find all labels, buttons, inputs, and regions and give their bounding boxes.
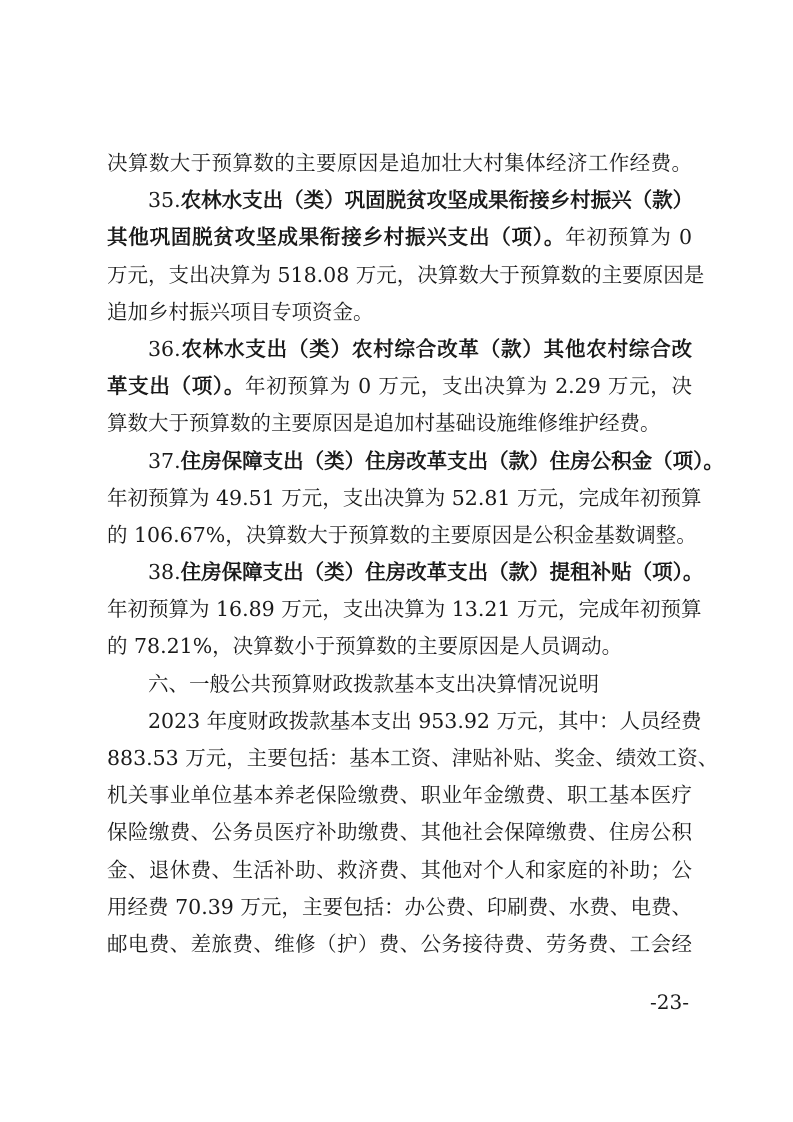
text-line: 38.住房保障支出（类）住房改革支出（款）提租补贴（项）。 [107, 554, 692, 591]
text-line: 邮电费、差旅费、维修（护）费、公务接待费、劳务费、工会经 [107, 926, 692, 963]
bold-text: 革支出（项）。 [107, 374, 245, 398]
text-line: 883.53 万元，主要包括：基本工资、津贴补贴、奖金、绩效工资、 [107, 740, 692, 777]
body-text: 年初预算为 16.89 万元，支出决算为 13.21 万元，完成年初预算 [107, 597, 701, 621]
text-line: 保险缴费、公务员医疗补助缴费、其他社会保障缴费、住房公积 [107, 814, 692, 851]
body-text: 机关事业单位基本养老保险缴费、职业年金缴费、职工基本医疗 [107, 783, 692, 807]
text-line: 的 106.67%，决算数大于预算数的主要原因是公积金基数调整。 [107, 517, 692, 554]
body-text: 算数大于预算数的主要原因是追加村基础设施维修维护经费。 [107, 411, 661, 435]
bold-text: 农林水支出（类）农村综合改革（款）其他农村综合改 [181, 337, 692, 361]
body-text: 用经费 70.39 万元，主要包括：办公费、印刷费、水费、电费、 [107, 895, 692, 919]
text-line: 2023 年度财政拨款基本支出 953.92 万元，其中：人员经费 [107, 703, 692, 740]
body-text: 37. [148, 449, 181, 473]
text-line: 37.住房保障支出（类）住房改革支出（款）住房公积金（项）。 [107, 443, 692, 480]
body-text: 追加乡村振兴项目专项资金。 [107, 300, 374, 324]
page-number: -23- [650, 990, 689, 1014]
body-text: 保险缴费、公务员医疗补助缴费、其他社会保障缴费、住房公积 [107, 820, 692, 844]
text-line: 年初预算为 16.89 万元，支出决算为 13.21 万元，完成年初预算 [107, 591, 692, 628]
text-line: 35.农林水支出（类）巩固脱贫攻坚成果衔接乡村振兴（款） [107, 182, 692, 219]
body-text: 36. [148, 337, 181, 361]
body-text: 六、一般公共预算财政拨款基本支出决算情况说明 [148, 672, 599, 696]
text-line: 36.农林水支出（类）农村综合改革（款）其他农村综合改 [107, 331, 692, 368]
body-text: 金、退休费、生活补助、救济费、其他对个人和家庭的补助；公 [107, 858, 692, 882]
bold-text: 住房保障支出（类）住房改革支出（款）提租补贴（项）。 [181, 560, 704, 584]
text-line: 算数大于预算数的主要原因是追加村基础设施维修维护经费。 [107, 405, 692, 442]
body-text: 35. [148, 188, 181, 212]
text-line: 用经费 70.39 万元，主要包括：办公费、印刷费、水费、电费、 [107, 889, 692, 926]
body-text: 的 78.21%，决算数小于预算数的主要原因是人员调动。 [107, 634, 622, 658]
document-page: 决算数大于预算数的主要原因是追加壮大村集体经济工作经费。35.农林水支出（类）巩… [107, 145, 692, 963]
body-text: 2023 年度财政拨款基本支出 953.92 万元，其中：人员经费 [148, 709, 701, 733]
text-line: 决算数大于预算数的主要原因是追加壮大村集体经济工作经费。 [107, 145, 692, 182]
body-text: 883.53 万元，主要包括：基本工资、津贴补贴、奖金、绩效工资、 [107, 746, 718, 770]
text-line: 的 78.21%，决算数小于预算数的主要原因是人员调动。 [107, 628, 692, 665]
body-text: 邮电费、差旅费、维修（护）费、公务接待费、劳务费、工会经 [107, 932, 692, 956]
body-text: 决算数大于预算数的主要原因是追加壮大村集体经济工作经费。 [107, 151, 692, 175]
text-line: 其他巩固脱贫攻坚成果衔接乡村振兴支出（项）。年初预算为 0 [107, 219, 692, 256]
text-line: 金、退休费、生活补助、救济费、其他对个人和家庭的补助；公 [107, 852, 692, 889]
bold-text: 住房保障支出（类）住房改革支出（款）住房公积金（项）。 [181, 449, 724, 473]
text-line: 年初预算为 49.51 万元，支出决算为 52.81 万元，完成年初预算 [107, 480, 692, 517]
body-text: 年初预算为 49.51 万元，支出决算为 52.81 万元，完成年初预算 [107, 486, 701, 510]
bold-text: 农林水支出（类）巩固脱贫攻坚成果衔接乡村振兴（款） [181, 188, 694, 212]
text-line: 追加乡村振兴项目专项资金。 [107, 294, 692, 331]
body-text: 38. [148, 560, 181, 584]
body-text: 年初预算为 0 万元，支出决算为 2.29 万元，决 [245, 374, 692, 398]
text-line: 机关事业单位基本养老保险缴费、职业年金缴费、职工基本医疗 [107, 777, 692, 814]
body-text: 年初预算为 0 [565, 225, 692, 249]
section-heading: 六、一般公共预算财政拨款基本支出决算情况说明 [107, 666, 692, 703]
body-text: 万元，支出决算为 518.08 万元，决算数大于预算数的主要原因是 [107, 263, 704, 287]
body-text: 的 106.67%，决算数大于预算数的主要原因是公积金基数调整。 [107, 523, 697, 547]
bold-text: 其他巩固脱贫攻坚成果衔接乡村振兴支出（项）。 [107, 225, 565, 249]
text-line: 革支出（项）。年初预算为 0 万元，支出决算为 2.29 万元，决 [107, 368, 692, 405]
text-line: 万元，支出决算为 518.08 万元，决算数大于预算数的主要原因是 [107, 257, 692, 294]
